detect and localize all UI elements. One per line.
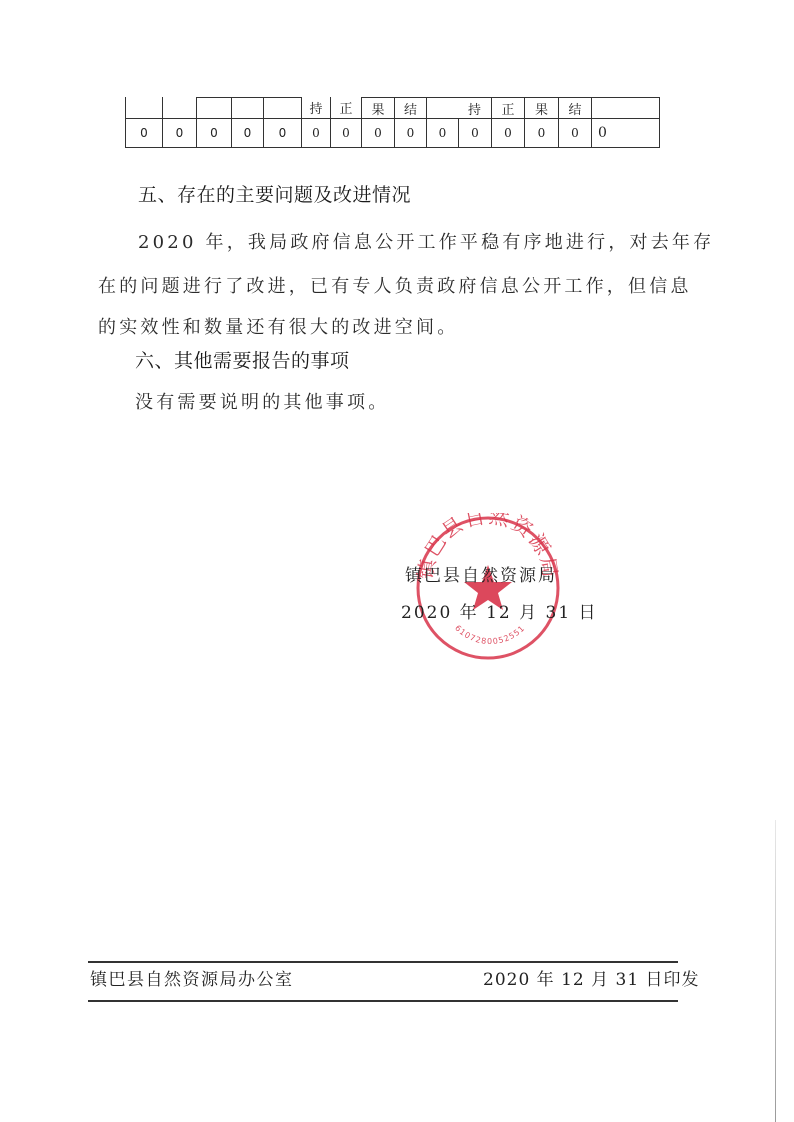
table-header-cell bbox=[196, 97, 231, 118]
table-header-cell: 持 bbox=[458, 97, 491, 118]
footer-issuer: 镇巴县自然资源局办公室 bbox=[90, 965, 294, 990]
table-value-row: 0 0 0 0 0 0 0 0 0 0 0 0 0 0 0 bbox=[125, 118, 660, 148]
table-header-cell bbox=[125, 97, 162, 118]
table-value-cell: 0 bbox=[426, 119, 458, 147]
section5-line-2: 在的问题进行了改进，已有专人负责政府信息公开工作，但信息 bbox=[98, 272, 692, 298]
table-value-cell: 0 bbox=[231, 119, 263, 147]
svg-text:6107280052551: 6107280052551 bbox=[453, 623, 527, 646]
table-value-cell: 0 bbox=[330, 119, 361, 147]
table-value-cell: 0 bbox=[301, 119, 330, 147]
footer-issue-date: 2020 年 12 月 31 日印发 bbox=[483, 965, 700, 990]
signature-org: 镇巴县自然资源局 bbox=[405, 561, 557, 586]
footer-bottom-rule bbox=[88, 1000, 678, 1002]
table-header-cell bbox=[162, 97, 196, 118]
table-header-cell: 果 bbox=[361, 97, 394, 118]
statistics-table: 持 正 果 结 持 正 果 结 0 0 0 0 0 0 0 0 0 0 0 0 … bbox=[125, 97, 670, 149]
table-header-cell: 果 bbox=[524, 97, 558, 118]
table-value-cell: 0 bbox=[524, 119, 558, 147]
table-header-cell bbox=[231, 97, 263, 118]
section6-body: 没有需要说明的其他事项。 bbox=[135, 388, 389, 414]
page-edge-line bbox=[775, 820, 776, 1122]
table-value-cell: 0 bbox=[196, 119, 231, 147]
table-value-cell: 0 bbox=[263, 119, 301, 147]
table-value-cell: 0 bbox=[361, 119, 394, 147]
table-value-cell: 0 bbox=[558, 119, 591, 147]
table-header-cell: 结 bbox=[558, 97, 591, 118]
section5-heading: 五、存在的主要问题及改进情况 bbox=[138, 180, 411, 207]
table-value-cell: 0 bbox=[491, 119, 524, 147]
table-header-cell: 正 bbox=[330, 97, 361, 118]
table-header-cell: 结 bbox=[394, 97, 426, 118]
section6-heading: 六、其他需要报告的事项 bbox=[135, 346, 350, 373]
table-header-cell bbox=[263, 97, 301, 118]
seal-code: 6107280052551 bbox=[453, 623, 527, 646]
table-value-cell: 0 bbox=[125, 119, 162, 147]
section5-line-1: 2020 年，我局政府信息公开工作平稳有序地进行，对去年存 bbox=[138, 228, 714, 254]
official-seal-stamp: 镇巴县自然资源局 6107280052551 bbox=[413, 513, 563, 663]
table-header-cell bbox=[591, 97, 660, 118]
signature-date: 2020 年 12 月 31 日 bbox=[401, 598, 598, 623]
table-header-row: 持 正 果 结 持 正 果 结 bbox=[125, 97, 660, 118]
section5-line-3: 的实效性和数量还有很大的改进空间。 bbox=[98, 313, 458, 339]
table-header-cell: 正 bbox=[491, 97, 524, 118]
table-value-cell: 0 bbox=[458, 119, 491, 147]
table-value-cell: 0 bbox=[162, 119, 196, 147]
table-header-cell bbox=[426, 97, 458, 118]
table-header-cell: 持 bbox=[301, 97, 330, 118]
table-value-cell: 0 bbox=[394, 119, 426, 147]
footer-top-rule bbox=[88, 961, 678, 963]
table-value-cell: 0 bbox=[591, 119, 660, 147]
